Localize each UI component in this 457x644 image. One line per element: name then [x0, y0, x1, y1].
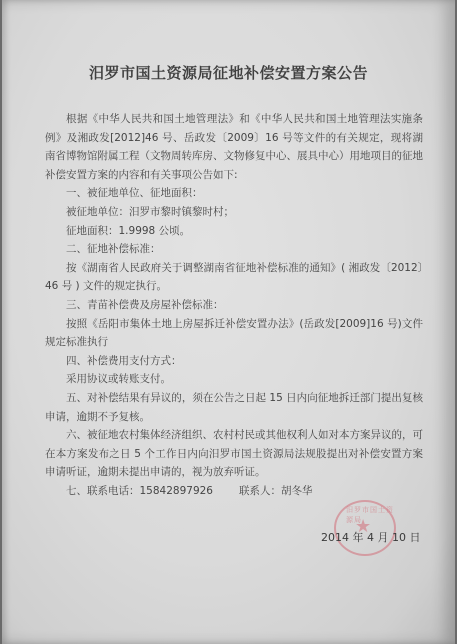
- section-2-heading: 二、征地补偿标准：: [45, 240, 423, 259]
- contact-person: 联系人：胡冬华: [239, 485, 313, 497]
- payment-method-text: 采用协议或转账支付。: [45, 370, 423, 389]
- document-date: 2014 年 4 月 10 日: [321, 529, 420, 545]
- document-title: 汨罗市国土资源局征地补偿安置方案公告: [2, 62, 455, 83]
- expropriated-area: 征地面积：1.9998 公顷。: [45, 222, 423, 241]
- expropriated-unit: 被征地单位：汨罗市黎时镇黎时村；: [45, 203, 423, 222]
- official-seal-icon: 汨罗市国土资源局 ★: [334, 500, 396, 556]
- section-6-hearing: 六、被征地农村集体经济组织、农村村民或其他权利人如对本方案异议的，可在本方案发布…: [45, 426, 423, 482]
- section-1-heading: 一、被征地单位、征地面积：: [45, 184, 423, 203]
- section-4-heading: 四、补偿费用支付方式：: [45, 352, 423, 371]
- section-3-heading: 三、青苗补偿费及房屋补偿标准：: [45, 296, 423, 315]
- document-body: 根据《中华人民共和国土地管理法》和《中华人民共和国土地管理法实施条例》及湘政发[…: [45, 110, 423, 500]
- crop-housing-standard-text: 按照《岳阳市集体土地上房屋拆迁补偿安置办法》(岳政发[2009]16 号)文件规…: [45, 315, 423, 352]
- section-5-objection: 五、对补偿结果有异议的，须在公告之日起 15 日内向征地拆迁部门提出复核申请，逾…: [45, 389, 423, 426]
- compensation-standard-text: 按《湖南省人民政府关于调整湖南省征地补偿标准的通知》( 湘政发〔2012〕46 …: [45, 259, 423, 296]
- section-7-contact: 七、联系电话：15842897926联系人：胡冬华: [45, 482, 423, 501]
- contact-phone: 七、联系电话：15842897926: [66, 485, 213, 497]
- scanned-document-page: 汨罗市国土资源局征地补偿安置方案公告 根据《中华人民共和国土地管理法》和《中华人…: [2, 0, 455, 644]
- intro-paragraph: 根据《中华人民共和国土地管理法》和《中华人民共和国土地管理法实施条例》及湘政发[…: [45, 110, 423, 184]
